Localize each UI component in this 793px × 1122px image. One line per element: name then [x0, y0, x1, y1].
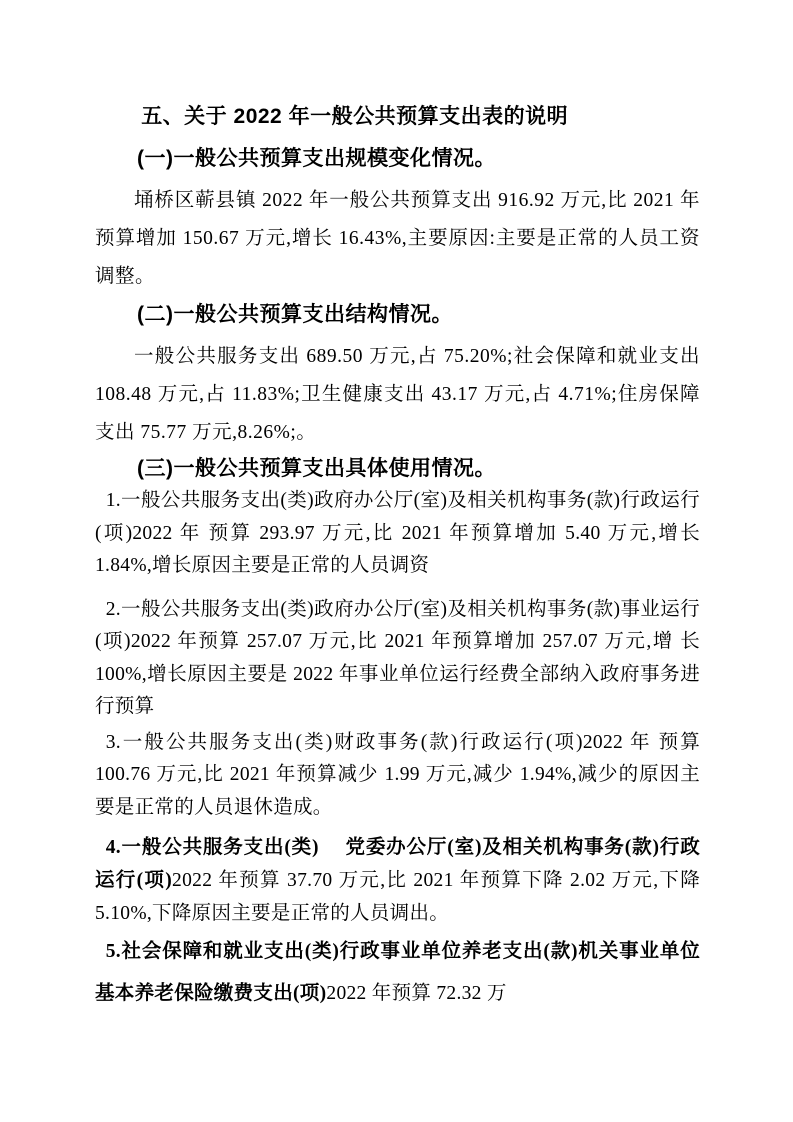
- item-1-text: 1.一般公共服务支出(类)政府办公厅(室)及相关机构事务(款)行政运行(项)20…: [95, 490, 700, 576]
- item-paragraph-4: 4.一般公共服务支出(类) 党委办公厅(室)及相关机构事务(款)行政运行(项)2…: [95, 831, 700, 930]
- item-3-text: 3.一般公共服务支出(类)财政事务(款)行政运行(项)2022 年 预算 100…: [95, 732, 700, 818]
- item-5-text: 2022 年预算 72.32 万: [326, 983, 506, 1004]
- document-title: 五、关于 2022 年一般公共预算支出表的说明: [95, 102, 700, 132]
- item-4-text: 2022 年预算 37.70 万元,比 2021 年预算下降 2.02 万元,下…: [95, 870, 700, 924]
- item-paragraph-3: 3.一般公共服务支出(类)财政事务(款)行政运行(项)2022 年 预算 100…: [95, 727, 700, 825]
- section-3-heading: (三)一般公共预算支出具体使用情况。: [95, 454, 700, 484]
- section-1-heading: (一)一般公共预算支出规模变化情况。: [95, 144, 700, 174]
- section-2-paragraph: 一般公共服务支出 689.50 万元,占 75.20%;社会保障和就业支出 10…: [95, 338, 700, 452]
- item-paragraph-2: 2.一般公共服务支出(类)政府办公厅(室)及相关机构事务(款)事业运行 (项)2…: [95, 594, 700, 724]
- document-page: 五、关于 2022 年一般公共预算支出表的说明 (一)一般公共预算支出规模变化情…: [0, 0, 793, 1122]
- section-1-paragraph: 埇桥区蕲县镇 2022 年一般公共预算支出 916.92 万元,比 2021 年…: [95, 182, 700, 296]
- item-paragraph-5: 5.社会保障和就业支出(类)行政事业单位养老支出(款)机关事业单位基本养老保险缴…: [95, 931, 700, 1015]
- item-2-text: 2.一般公共服务支出(类)政府办公厅(室)及相关机构事务(款)事业运行 (项)2…: [95, 599, 700, 718]
- item-paragraph-1: 1.一般公共服务支出(类)政府办公厅(室)及相关机构事务(款)行政运行(项)20…: [95, 485, 700, 583]
- section-2-heading: (二)一般公共预算支出结构情况。: [95, 300, 700, 330]
